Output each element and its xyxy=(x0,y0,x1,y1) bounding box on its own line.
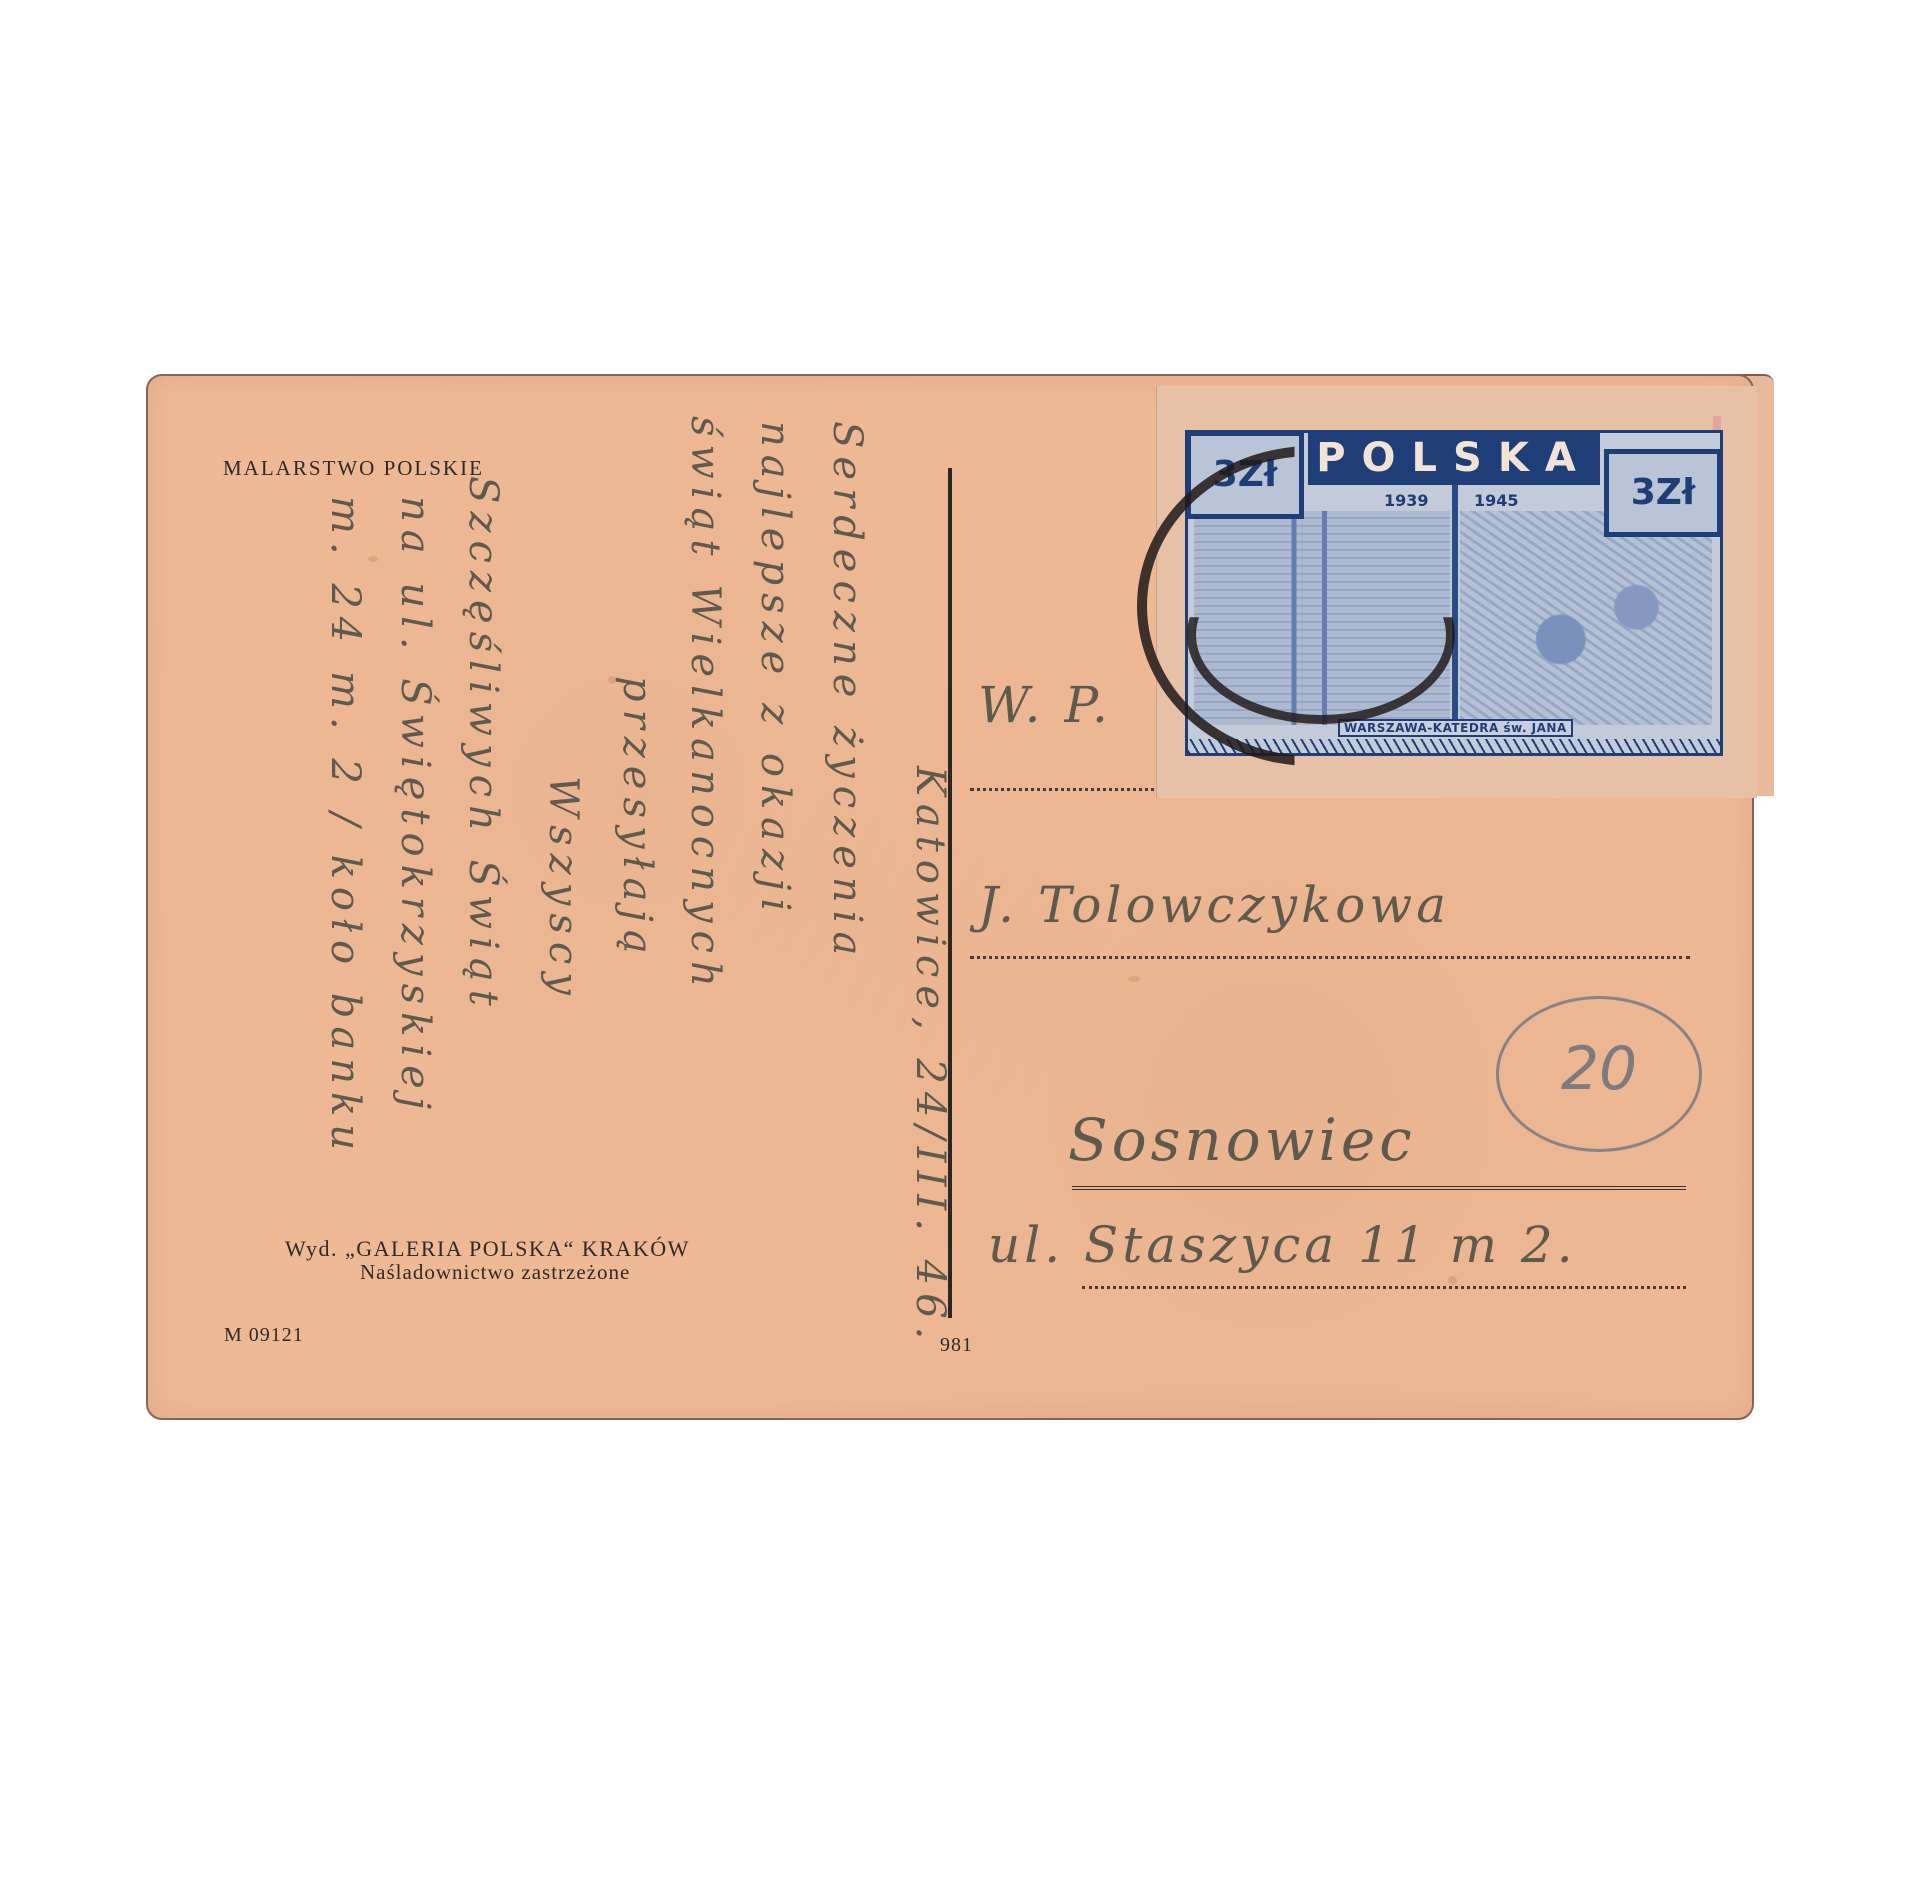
stamp-country: POLSKA xyxy=(1308,431,1600,485)
message-line: najlepsze z okazji xyxy=(752,421,798,919)
stamp-divider xyxy=(1452,485,1458,731)
stamp-caption: WARSZAWA-KATEDRA św. JANA xyxy=(1338,719,1573,737)
address-line-1: W. P. xyxy=(978,676,1112,734)
address-line-4-rule xyxy=(1082,1286,1686,1289)
paper-speck xyxy=(1448,1276,1457,1285)
message-line: Szczęśliwych Świąt xyxy=(460,476,506,1014)
series-title: MALARSTWO POLSKIE xyxy=(223,456,484,481)
message-place-date: Katowice, 24/III. 46. xyxy=(907,766,953,1347)
catalog-number: M 09121 xyxy=(224,1324,304,1347)
message-line: przesyłają xyxy=(614,676,660,962)
stamp-value-right: 3Zł xyxy=(1604,449,1722,537)
stamp-paper: POLSKA 3Zł 3Zł 1939 1945 WARSZAWA-KATEDR… xyxy=(1156,386,1757,798)
message-line: na ul. Świętokrzyskiej xyxy=(392,496,438,1117)
copyright-notice: Naśladownictwo zastrzeżone xyxy=(360,1260,630,1285)
paper-speck xyxy=(1128,976,1140,982)
postcard: MALARSTWO POLSKIE Wyd. „GALERIA POLSKA“ … xyxy=(146,374,1754,1420)
address-recipient: J. Tolowczykowa xyxy=(978,876,1450,934)
message-line: świąt Wielkanocnych xyxy=(682,416,728,995)
publisher-line: Wyd. „GALERIA POLSKA“ KRAKÓW xyxy=(285,1236,690,1262)
message-line: m. 24 m. 2 / koło banku xyxy=(322,496,368,1158)
address-line-3-rule xyxy=(1072,1186,1686,1190)
address-street: ul. Staszyca 11 m 2. xyxy=(988,1216,1577,1274)
stamp-year-left: 1939 xyxy=(1384,491,1429,510)
paper-speck xyxy=(368,556,378,562)
pencil-note-circled: 20 xyxy=(1496,996,1702,1152)
stamp-year-right: 1945 xyxy=(1474,491,1519,510)
ruins-1945-image xyxy=(1460,511,1712,725)
address-city: Sosnowiec xyxy=(1068,1106,1416,1174)
message-line: Wszyscy xyxy=(540,776,586,1003)
address-line-2-rule xyxy=(970,956,1690,959)
message-line: Serdeczne życzenia xyxy=(824,421,870,963)
